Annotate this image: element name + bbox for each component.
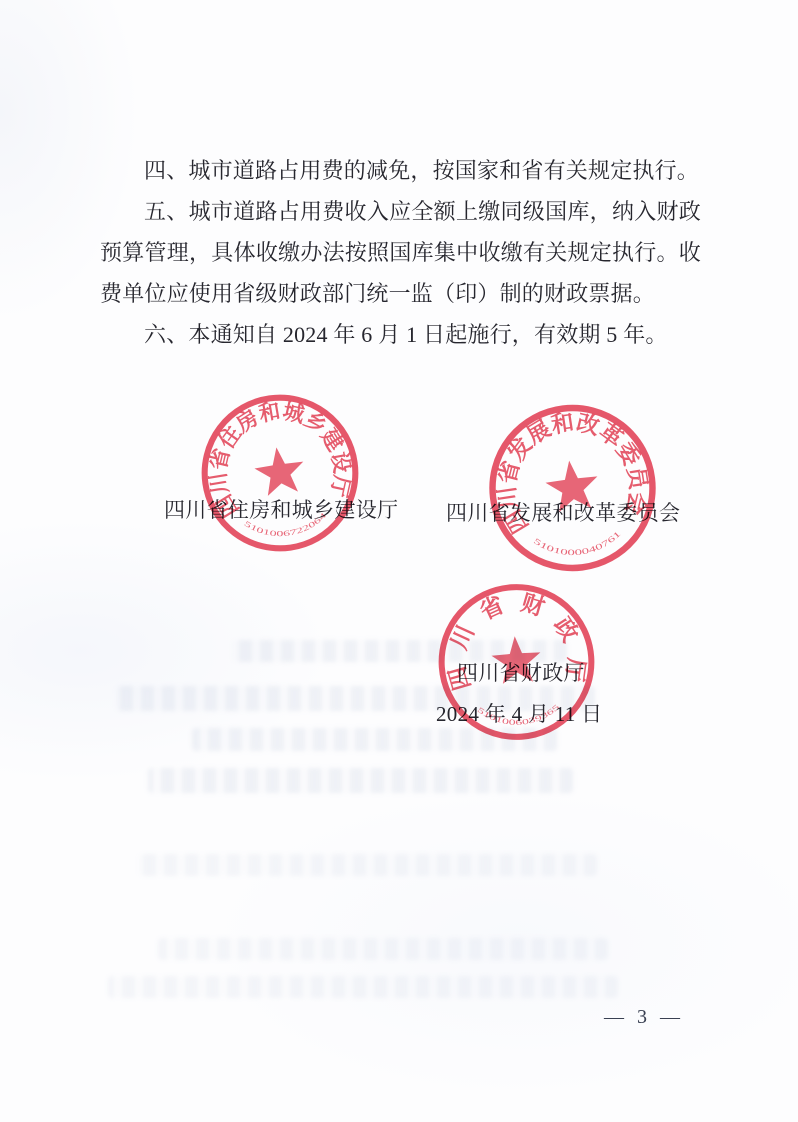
star-icon — [543, 457, 601, 513]
official-seal-ndrc: 四川省发展和改革委员会 5101000040761 — [475, 392, 670, 584]
star-icon — [490, 635, 542, 685]
bleed-through-text — [108, 976, 618, 998]
bleed-through-text — [148, 768, 573, 793]
official-seal-finance: 四川省财政厅 5101006039365 — [431, 576, 603, 749]
official-seal-housing: 四川省住房和城乡建设厅 5101006722064 — [188, 381, 371, 566]
svg-text:5101006039365: 5101006039365 — [475, 700, 562, 730]
bleed-through-text — [158, 938, 608, 960]
bleed-through-text — [137, 854, 597, 876]
paragraph-item-4: 四、城市道路占用费的减免，按国家和省有关规定执行。 — [100, 150, 701, 191]
document-page: 四、城市道路占用费的减免，按国家和省有关规定执行。 五、城市道路占用费收入应全额… — [0, 0, 798, 1122]
paragraph-item-5: 五、城市道路占用费收入应全额上缴同级国库，纳入财政预算管理，具体收缴办法按照国库… — [100, 191, 701, 314]
page-number: — 3 — — [604, 1006, 684, 1029]
paragraph-item-6: 六、本通知自 2024 年 6 月 1 日起施行，有效期 5 年。 — [100, 314, 701, 355]
seal-code: 5101006039365 — [475, 700, 562, 730]
star-icon — [252, 444, 307, 497]
document-body: 四、城市道路占用费的减免，按国家和省有关规定执行。 五、城市道路占用费收入应全额… — [100, 150, 701, 355]
